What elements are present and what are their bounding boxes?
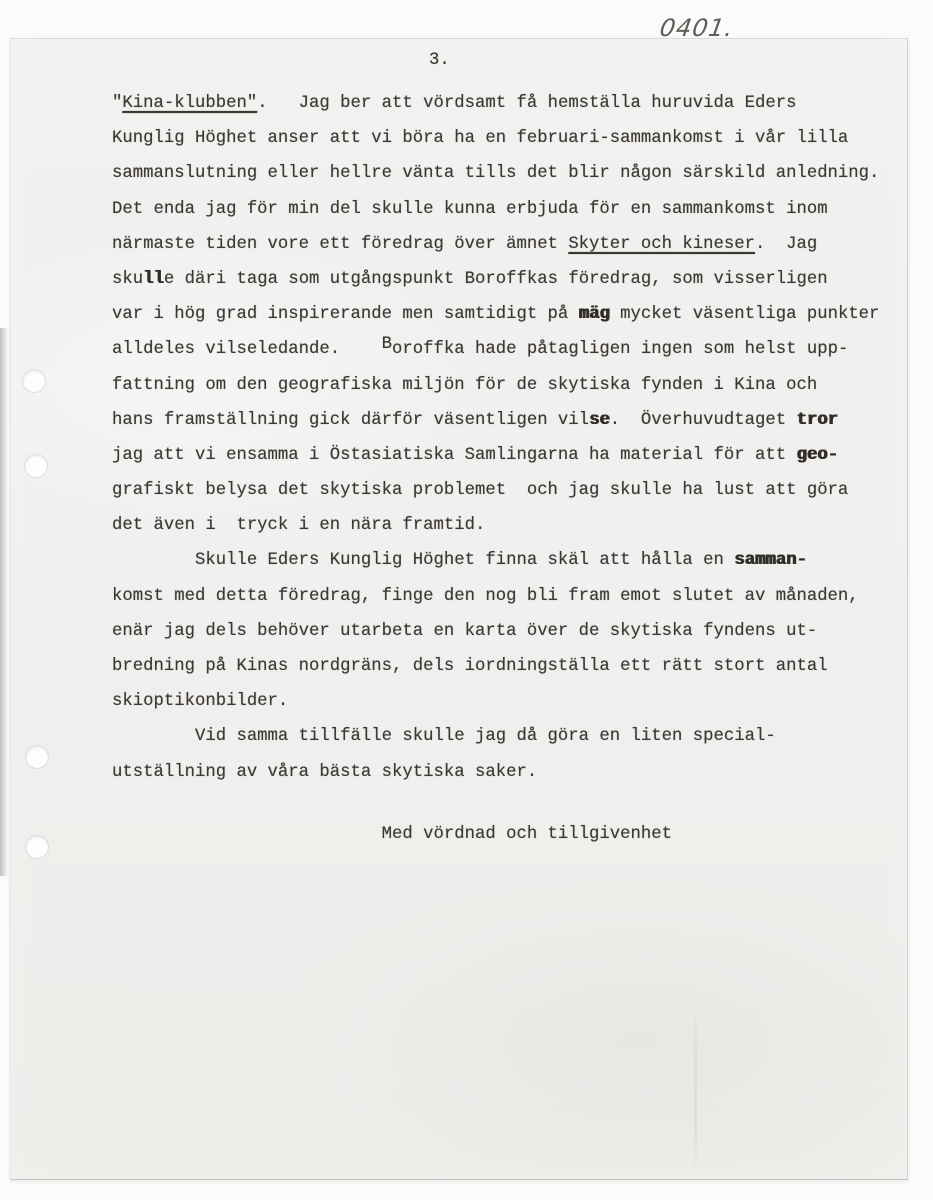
letter-body: "Kina-klubben". Jag ber att vördsamt få … — [112, 86, 912, 852]
text-segment: B — [382, 335, 392, 354]
text-line: grafiskt belysa det skytiska problemet o… — [112, 473, 912, 508]
text-segment: Kina-klubben" — [122, 94, 257, 113]
text-segment: Vid samma tillfälle skulle jag då göra e… — [112, 727, 776, 746]
text-line: Med vördnad och tillgivenhet — [112, 817, 912, 852]
text-segment: mycket väsentliga punkter — [610, 305, 880, 324]
text-line: Kunglig Höghet anser att vi böra ha en f… — [112, 121, 912, 156]
text-line: komst med detta föredrag, finge den nog … — [112, 579, 912, 614]
text-line: enär jag dels behöver utarbeta en karta … — [112, 614, 912, 649]
scan-area: 0401. 3. "Kina-klubben". Jag ber att vör… — [0, 0, 933, 1200]
text-segment: oroffka hade påtagligen ingen som helst … — [392, 340, 848, 359]
text-segment: sku — [112, 270, 143, 289]
text-segment: mäg — [579, 305, 610, 324]
text-line: det även i tryck i en nära framtid. — [112, 508, 912, 543]
text-segment: alldeles vilseledande. — [112, 340, 382, 359]
text-segment: " — [112, 94, 122, 113]
text-segment: skioptikonbilder. — [112, 692, 288, 711]
text-segment: samman- — [734, 551, 807, 570]
text-line: närmaste tiden vore ett föredrag över äm… — [112, 227, 912, 262]
text-segment: Det enda jag för min del skulle kunna er… — [112, 200, 828, 219]
handwritten-folio-number: 0401. — [658, 14, 736, 42]
text-segment: e däri taga som utgångspunkt Boroffkas f… — [164, 270, 828, 289]
text-line: Det enda jag för min del skulle kunna er… — [112, 192, 912, 227]
text-segment: grafiskt belysa det skytiska problemet o… — [112, 481, 848, 500]
text-segment: se — [589, 411, 610, 430]
text-segment: tror — [796, 411, 837, 430]
text-line: jag att vi ensamma i Östasiatiska Samlin… — [112, 438, 912, 473]
punch-hole — [23, 370, 45, 392]
text-segment: enär jag dels behöver utarbeta en karta … — [112, 622, 817, 641]
text-line: skioptikonbilder. — [112, 684, 912, 719]
page-number: 3. — [429, 51, 450, 70]
text-line: bredning på Kinas nordgräns, dels iordni… — [112, 649, 912, 684]
text-segment: . Jag ber att vördsamt få hemställa huru… — [257, 94, 796, 113]
text-segment: geo- — [796, 446, 837, 465]
text-line: hans framställning gick därför väsentlig… — [112, 403, 912, 438]
text-segment: komst med detta föredrag, finge den nog … — [112, 587, 859, 606]
text-segment: fattning om den geografiska miljön för d… — [112, 376, 817, 395]
text-line: utställning av våra bästa skytiska saker… — [112, 755, 912, 790]
punch-hole — [26, 746, 48, 768]
text-segment: utställning av våra bästa skytiska saker… — [112, 763, 537, 782]
text-segment: . Jag — [755, 235, 817, 254]
text-line: var i hög grad inspirerande men samtidig… — [112, 297, 912, 332]
page-edge-shadow — [0, 328, 8, 876]
text-segment: var i hög grad inspirerande men samtidig… — [112, 305, 579, 324]
text-segment: Med vördnad och tillgivenhet — [112, 825, 672, 844]
punch-hole — [25, 455, 47, 477]
text-segment: det även i tryck i en nära framtid. — [112, 516, 485, 535]
text-segment: jag att vi ensamma i Östasiatiska Samlin… — [112, 446, 796, 465]
text-line: Skulle Eders Kunglig Höghet finna skäl a… — [112, 543, 912, 578]
text-segment: bredning på Kinas nordgräns, dels iordni… — [112, 657, 828, 676]
text-segment: hans framställning gick därför väsentlig… — [112, 411, 589, 430]
punch-hole — [26, 836, 48, 858]
text-segment: Kunglig Höghet anser att vi böra ha en f… — [112, 129, 848, 148]
text-segment: Skyter och kineser — [568, 235, 755, 254]
text-line: skulle däri taga som utgångspunkt Boroff… — [112, 262, 912, 297]
paper-crease — [694, 1000, 697, 1178]
text-segment: ll — [143, 270, 164, 289]
text-line: "Kina-klubben". Jag ber att vördsamt få … — [112, 86, 912, 121]
text-line: sammanslutning eller hellre vänta tills … — [112, 156, 912, 191]
text-segment: närmaste tiden vore ett föredrag över äm… — [112, 235, 568, 254]
text-line: alldeles vilseledande. Boroffka hade påt… — [112, 332, 912, 367]
text-segment: . Överhuvudtaget — [610, 411, 797, 430]
text-line: fattning om den geografiska miljön för d… — [112, 368, 912, 403]
text-segment: Skulle Eders Kunglig Höghet finna skäl a… — [112, 551, 734, 570]
text-segment: sammanslutning eller hellre vänta tills … — [112, 164, 879, 183]
text-line: Vid samma tillfälle skulle jag då göra e… — [112, 719, 912, 754]
